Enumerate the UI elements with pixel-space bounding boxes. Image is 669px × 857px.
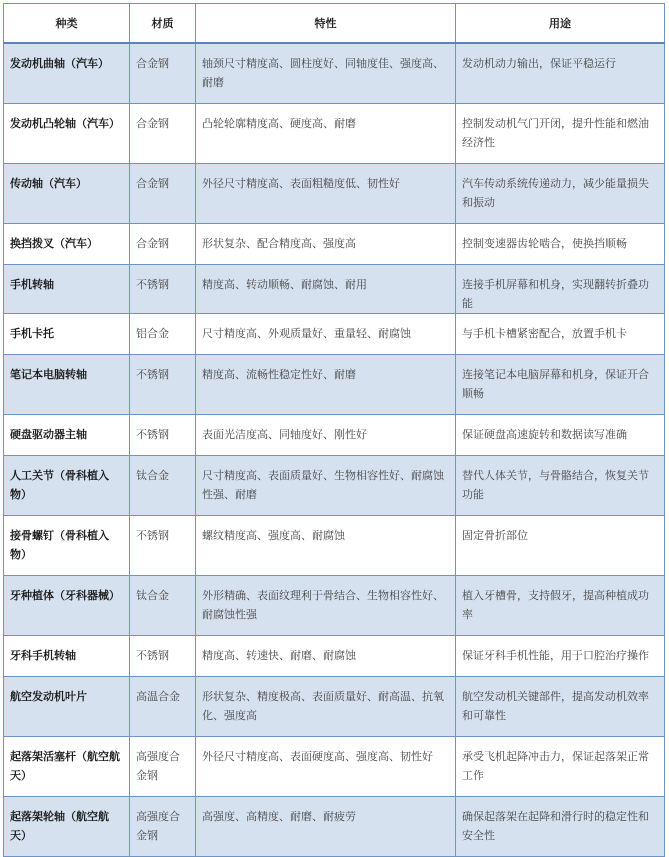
parts-table-container: 种类 材质 特性 用途 发动机曲轴（汽车） 合金钢 轴颈尺寸精度高、圆柱度好、同… [3, 3, 665, 845]
header-material: 材质 [130, 4, 196, 44]
cell-properties: 形状复杂、精度极高、表面质量好、耐高温、抗氧化、强度高 [196, 677, 456, 737]
table-row: 发动机凸轮轴（汽车） 合金钢 凸轮轮廓精度高、硬度高、耐磨 控制发动机气门开闭，… [4, 104, 665, 164]
table-row: 传动轴（汽车） 合金钢 外径尺寸精度高、表面粗糙度低、韧性好 汽车传动系统传递动… [4, 164, 665, 224]
table-row: 航空发动机叶片 高温合金 形状复杂、精度极高、表面质量好、耐高温、抗氧化、强度高… [4, 677, 665, 737]
cell-material: 不锈钢 [130, 636, 196, 677]
cell-kind: 手机转轴 [4, 265, 130, 314]
table-row: 手机转轴 不锈钢 精度高、转动顺畅、耐腐蚀、耐用 连接手机屏幕和机身，实现翻转折… [4, 265, 665, 314]
cell-material: 不锈钢 [130, 415, 196, 456]
cell-usage: 植入牙槽骨，支持假牙，提高种植成功率 [456, 576, 665, 636]
cell-usage: 固定骨折部位 [456, 516, 665, 576]
cell-properties: 形状复杂、配合精度高、强度高 [196, 224, 456, 265]
cell-usage: 汽车传动系统传递动力，减少能量损失和振动 [456, 164, 665, 224]
cell-kind: 牙种植体（牙科器械） [4, 576, 130, 636]
cell-material: 高强度合金钢 [130, 797, 196, 846]
cell-kind: 接骨螺钉（骨科植入物） [4, 516, 130, 576]
cell-kind: 起落架轮轴（航空航天） [4, 797, 130, 846]
table-row: 牙种植体（牙科器械） 钛合金 外形精确、表面纹理利于骨结合、生物相容性好、耐腐蚀… [4, 576, 665, 636]
cell-kind: 航空发动机叶片 [4, 677, 130, 737]
table-row: 笔记本电脑转轴 不锈钢 精度高、流畅性稳定性好、耐磨 连接笔记本电脑屏幕和机身，… [4, 355, 665, 415]
cell-properties: 精度高、转速快、耐磨、耐腐蚀 [196, 636, 456, 677]
header-properties: 特性 [196, 4, 456, 44]
table-row: 硬盘驱动器主轴 不锈钢 表面光洁度高、同轴度好、刚性好 保证硬盘高速旋转和数据读… [4, 415, 665, 456]
cell-kind: 手机卡托 [4, 314, 130, 355]
cell-usage: 保证硬盘高速旋转和数据读写准确 [456, 415, 665, 456]
cell-kind: 人工关节（骨科植入物） [4, 456, 130, 516]
cell-usage: 替代人体关节，与骨骼结合，恢复关节功能 [456, 456, 665, 516]
cell-material: 高温合金 [130, 677, 196, 737]
cell-properties: 尺寸精度高、外观质量好、重量轻、耐腐蚀 [196, 314, 456, 355]
cell-kind: 换挡拨叉（汽车） [4, 224, 130, 265]
cell-kind: 发动机曲轴（汽车） [4, 43, 130, 104]
cell-properties: 外径尺寸精度高、表面粗糙度低、韧性好 [196, 164, 456, 224]
table-row: 换挡拨叉（汽车） 合金钢 形状复杂、配合精度高、强度高 控制变速器齿轮啮合，使换… [4, 224, 665, 265]
cell-properties: 螺纹精度高、强度高、耐腐蚀 [196, 516, 456, 576]
cell-usage: 连接笔记本电脑屏幕和机身，保证开合顺畅 [456, 355, 665, 415]
cell-material: 合金钢 [130, 164, 196, 224]
cell-material: 高强度合金钢 [130, 737, 196, 797]
table-row: 起落架轮轴（航空航天） 高强度合金钢 高强度、高精度、耐磨、耐疲劳 确保起落架在… [4, 797, 665, 846]
cell-properties: 精度高、转动顺畅、耐腐蚀、耐用 [196, 265, 456, 314]
cell-material: 不锈钢 [130, 265, 196, 314]
cell-properties: 表面光洁度高、同轴度好、刚性好 [196, 415, 456, 456]
header-usage: 用途 [456, 4, 665, 44]
cell-material: 不锈钢 [130, 355, 196, 415]
table-row: 牙科手机转轴 不锈钢 精度高、转速快、耐磨、耐腐蚀 保证牙科手机性能，用于口腔治… [4, 636, 665, 677]
cell-usage: 发动机动力输出，保证平稳运行 [456, 43, 665, 104]
cell-properties: 外形精确、表面纹理利于骨结合、生物相容性好、耐腐蚀性强 [196, 576, 456, 636]
cell-usage: 保证牙科手机性能，用于口腔治疗操作 [456, 636, 665, 677]
header-kind: 种类 [4, 4, 130, 44]
cell-properties: 精度高、流畅性稳定性好、耐磨 [196, 355, 456, 415]
parts-table: 种类 材质 特性 用途 发动机曲轴（汽车） 合金钢 轴颈尺寸精度高、圆柱度好、同… [3, 3, 665, 845]
cell-material: 合金钢 [130, 43, 196, 104]
table-header-row: 种类 材质 特性 用途 [4, 4, 665, 44]
cell-properties: 高强度、高精度、耐磨、耐疲劳 [196, 797, 456, 846]
cell-kind: 发动机凸轮轴（汽车） [4, 104, 130, 164]
cell-kind: 传动轴（汽车） [4, 164, 130, 224]
cell-properties: 外径尺寸精度高、表面硬度高、强度高、韧性好 [196, 737, 456, 797]
cell-kind: 硬盘驱动器主轴 [4, 415, 130, 456]
cell-kind: 牙科手机转轴 [4, 636, 130, 677]
cell-usage: 与手机卡槽紧密配合，放置手机卡 [456, 314, 665, 355]
cell-material: 合金钢 [130, 104, 196, 164]
table-row: 手机卡托 铝合金 尺寸精度高、外观质量好、重量轻、耐腐蚀 与手机卡槽紧密配合，放… [4, 314, 665, 355]
cell-properties: 轴颈尺寸精度高、圆柱度好、同轴度佳、强度高、耐磨 [196, 43, 456, 104]
cell-usage: 连接手机屏幕和机身，实现翻转折叠功能 [456, 265, 665, 314]
cell-properties: 尺寸精度高、表面质量好、生物相容性好、耐腐蚀性强、耐磨 [196, 456, 456, 516]
cell-material: 钛合金 [130, 456, 196, 516]
cell-usage: 确保起落架在起降和滑行时的稳定性和安全性 [456, 797, 665, 846]
table-row: 接骨螺钉（骨科植入物） 不锈钢 螺纹精度高、强度高、耐腐蚀 固定骨折部位 [4, 516, 665, 576]
table-row: 人工关节（骨科植入物） 钛合金 尺寸精度高、表面质量好、生物相容性好、耐腐蚀性强… [4, 456, 665, 516]
cell-properties: 凸轮轮廓精度高、硬度高、耐磨 [196, 104, 456, 164]
cell-kind: 笔记本电脑转轴 [4, 355, 130, 415]
cell-material: 不锈钢 [130, 516, 196, 576]
table-row: 发动机曲轴（汽车） 合金钢 轴颈尺寸精度高、圆柱度好、同轴度佳、强度高、耐磨 发… [4, 43, 665, 104]
cell-material: 合金钢 [130, 224, 196, 265]
cell-usage: 控制发动机气门开闭，提升性能和燃油经济性 [456, 104, 665, 164]
cell-material: 铝合金 [130, 314, 196, 355]
cell-material: 钛合金 [130, 576, 196, 636]
cell-usage: 控制变速器齿轮啮合，使换挡顺畅 [456, 224, 665, 265]
cell-kind: 起落架活塞杆（航空航天） [4, 737, 130, 797]
cell-usage: 承受飞机起降冲击力，保证起落架正常工作 [456, 737, 665, 797]
cell-usage: 航空发动机关键部件，提高发动机效率和可靠性 [456, 677, 665, 737]
table-row: 起落架活塞杆（航空航天） 高强度合金钢 外径尺寸精度高、表面硬度高、强度高、韧性… [4, 737, 665, 797]
